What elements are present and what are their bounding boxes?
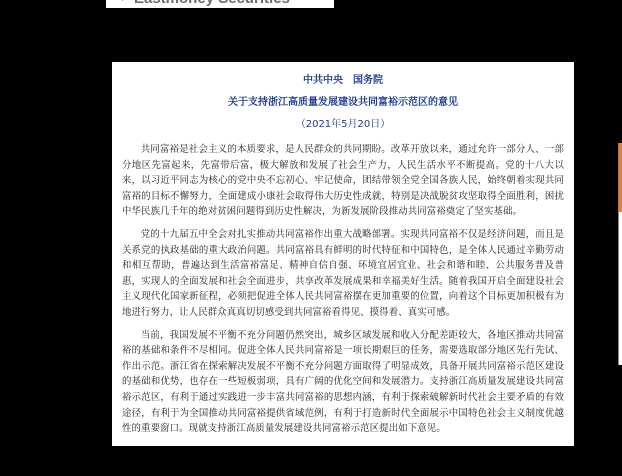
document-page: 中共中央 国务院 关于支持浙江高质量发展建设共同富裕示范区的意见 （2021年5…	[112, 62, 574, 446]
brand-name: Eastmoney Securities	[134, 0, 290, 6]
document-body: 共同富裕是社会主义的本质要求，是人民群众的共同期盼。改革开放以来，通过允许一部分…	[122, 142, 564, 437]
document-date: （2021年5月20日）	[122, 118, 564, 132]
side-scroll-strip	[618, 143, 622, 365]
document-issuer: 中共中央 国务院	[122, 74, 564, 88]
eastmoney-logo-icon: ♦	[118, 0, 127, 4]
paragraph-1: 共同富裕是社会主义的本质要求，是人民群众的共同期盼。改革开放以来，通过允许一部分…	[122, 142, 564, 220]
paragraph-2: 党的十九届五中全会对扎实推动共同富裕作出重大战略部署。实现共同富裕不仅是经济问题…	[122, 227, 564, 321]
brand-banner: ♦ Eastmoney Securities	[106, 0, 334, 8]
paragraph-3: 当前，我国发展不平衡不充分问题仍然突出，城乡区域发展和收入分配差距较大，各地区推…	[122, 328, 564, 437]
document-title: 关于支持浙江高质量发展建设共同富裕示范区的意见	[122, 96, 564, 110]
